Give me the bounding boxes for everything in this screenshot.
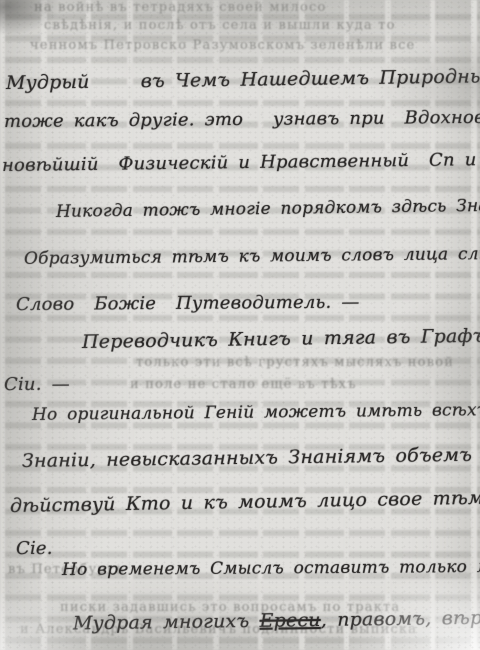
handwriting-line: Но оригинальной Геній можетъ имѣть всѣхъ… [32, 401, 480, 424]
handwriting-line: новѣйшій Физическій и Нравственный Сп и … [2, 151, 480, 175]
handwriting-line: Сіе. [16, 540, 53, 558]
handwriting-line: Образумиться тѣмъ къ моимъ словъ лица сл… [24, 245, 480, 268]
handwriting-line: дѣйствуй Кто и къ моимъ лицо свое тѣмъ р… [10, 487, 480, 516]
manuscript-page: на войнѣ въ тетрадяхъ своей милосо свѣдѣ… [0, 0, 480, 650]
handwriting-line: Но временемъ Смыслъ оставитъ только мнѣ [62, 559, 480, 579]
bleedthrough-print-fragment: ченномъ Петровско Разумовскомъ зеленѣли … [30, 39, 415, 54]
handwriting-line-segment: Мудрая многихъ [73, 610, 260, 635]
bleedthrough-print-fragment: только эти всѣ грустяхъ мысляхъ новой [136, 356, 454, 371]
handwriting-line: Слово Божіе Путеводитель. — [16, 294, 360, 314]
bleedthrough-print-fragment: свѣдѣнія, и послѣ отъ села и вышли куда … [44, 19, 396, 34]
handwriting-line-segment: , правомъ, вѣрою, правѣ— [321, 605, 480, 631]
handwriting-line: Переводчикъ Книгъ и тяга въ Графъ XIV — [82, 325, 480, 352]
bleedthrough-print-fragment: и поле не стало ещё въ тѣхъ [130, 378, 357, 393]
handwriting-line: тоже какъ другіе. это узнавъ при Вдохнов… [4, 108, 480, 131]
handwriting-line: Знаніи, невысказанныхъ Знаніямъ объемъ у… [22, 445, 480, 471]
handwriting-line: Сіи. — [4, 376, 70, 394]
struck-word: Ереси [259, 609, 320, 632]
handwriting-line: Мудрый въ Чемъ Нашедшемъ Природный Міръ.… [6, 65, 480, 93]
bleedthrough-print-fragment: на войнѣ въ тетрадяхъ своей милосо [34, 1, 327, 16]
handwriting-line: Никогда тожъ многіе порядкомъ здѣсь Знан… [56, 197, 480, 221]
handwriting-line: Мудрая многихъ Ереси, правомъ, вѣрою, пр… [32, 588, 480, 650]
